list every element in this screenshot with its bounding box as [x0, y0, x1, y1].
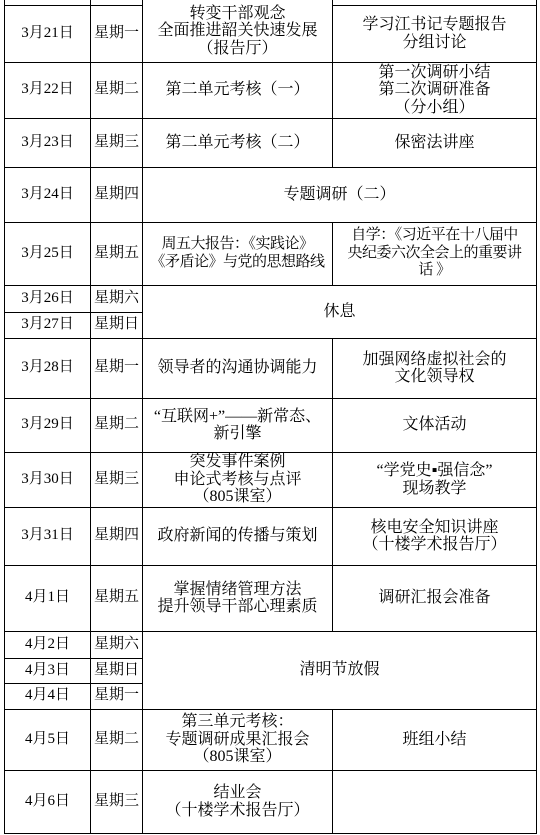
date-cell: 3月27日: [5, 312, 91, 338]
date-cell: 3月25日: [5, 222, 91, 285]
merged-activity-cell: 专题调研（二）: [143, 167, 537, 222]
date-cell: 4月4日: [5, 683, 91, 709]
morning-activity-cell: 转变干部观念 全面推进韶关快速发展 （报告厅）: [143, 0, 333, 62]
date-cell: 3月24日: [5, 167, 91, 222]
date-cell: 4月3日: [5, 658, 91, 683]
date-cell: 3月29日: [5, 398, 91, 452]
weekday-cell: 星期六: [91, 285, 143, 312]
weekday-cell: 星期二: [91, 62, 143, 118]
weekday-cell: 星期二: [91, 398, 143, 452]
morning-activity-cell: 第二单元考核（一）: [143, 62, 333, 118]
merged-activity-cell: 休息: [143, 285, 537, 338]
schedule-table: 转变干部观念 全面推进韶关快速发展 （报告厅） 3月21日 星期一 学习江书记专…: [4, 0, 537, 834]
weekday-cell: 星期四: [91, 507, 143, 565]
afternoon-activity-cell: 班组小结: [333, 709, 537, 770]
weekday-cell: 星期一: [91, 683, 143, 709]
weekday-cell: 星期三: [91, 118, 143, 167]
morning-activity-cell: 第二单元考核（二）: [143, 118, 333, 167]
table-row: 4月5日 星期二 第三单元考核： 专题调研成果汇报会 （805课室） 班组小结: [5, 709, 537, 770]
date-cell: 4月2日: [5, 631, 91, 658]
weekday-cell: 星期六: [91, 631, 143, 658]
table-row: 4月6日 星期三 结业会 （十楼学术报告厅）: [5, 770, 537, 833]
table-row: 3月28日 星期一 领导者的沟通协调能力 加强网络虚拟社会的 文化领导权: [5, 338, 537, 398]
table-row: 3月22日 星期二 第二单元考核（一） 第一次调研小结 第二次调研准备 （分小组…: [5, 62, 537, 118]
afternoon-activity-cell: 第一次调研小结 第二次调研准备 （分小组）: [333, 62, 537, 118]
table-row: 3月25日 星期五 周五大报告：《实践论》 《矛盾论》与党的思想路线 自学：《习…: [5, 222, 537, 285]
afternoon-activity-cell: 保密法讲座: [333, 118, 537, 167]
weekday-cell: 星期日: [91, 312, 143, 338]
afternoon-activity-cell: 加强网络虚拟社会的 文化领导权: [333, 338, 537, 398]
date-cell: 3月28日: [5, 338, 91, 398]
table-row: 3月30日 星期三 突发事件案例 申论式考核与点评 （805课室） “学党史▪强…: [5, 452, 537, 507]
date-cell: 3月30日: [5, 452, 91, 507]
date-cell: 3月22日: [5, 62, 91, 118]
weekday-cell: 星期四: [91, 167, 143, 222]
table-row: 3月23日 星期三 第二单元考核（二） 保密法讲座: [5, 118, 537, 167]
morning-activity-cell: 周五大报告：《实践论》 《矛盾论》与党的思想路线: [143, 222, 333, 285]
morning-activity-cell: 第三单元考核： 专题调研成果汇报会 （805课室）: [143, 709, 333, 770]
date-cell: 4月6日: [5, 770, 91, 833]
table-row: 4月2日 星期六 清明节放假: [5, 631, 537, 658]
weekday-cell: 星期五: [91, 222, 143, 285]
table-row: 3月26日 星期六 休息: [5, 285, 537, 312]
table-row: 3月24日 星期四 专题调研（二）: [5, 167, 537, 222]
date-cell: 4月5日: [5, 709, 91, 770]
merged-activity-cell: 清明节放假: [143, 631, 537, 709]
weekday-cell: 星期一: [91, 338, 143, 398]
weekday-cell: 星期三: [91, 452, 143, 507]
table-row: 3月29日 星期二 “互联网+”——新常态、 新引擎 文体活动: [5, 398, 537, 452]
morning-activity-cell: 掌握情绪管理方法 提升领导干部心理素质: [143, 565, 333, 631]
table-row: 3月31日 星期四 政府新闻的传播与策划 核电安全知识讲座 （十楼学术报告厅）: [5, 507, 537, 565]
date-cell: 3月31日: [5, 507, 91, 565]
afternoon-activity-cell: 调研汇报会准备: [333, 565, 537, 631]
afternoon-activity-cell: 自学：《习近平在十八届中 央纪委六次全会上的重要讲 话 》: [333, 222, 537, 285]
weekday-cell: 星期日: [91, 658, 143, 683]
afternoon-activity-cell: 学习江书记专题报告 分组讨论: [333, 5, 537, 62]
date-cell: 4月1日: [5, 565, 91, 631]
table-row: 4月1日 星期五 掌握情绪管理方法 提升领导干部心理素质 调研汇报会准备: [5, 565, 537, 631]
weekday-cell: 星期一: [91, 5, 143, 62]
date-cell: 3月21日: [5, 5, 91, 62]
weekday-cell: 星期二: [91, 709, 143, 770]
morning-activity-cell: 突发事件案例 申论式考核与点评 （805课室）: [143, 452, 333, 507]
morning-activity-cell: “互联网+”——新常态、 新引擎: [143, 398, 333, 452]
morning-activity-cell: 政府新闻的传播与策划: [143, 507, 333, 565]
morning-activity-cell: 领导者的沟通协调能力: [143, 338, 333, 398]
weekday-cell: 星期三: [91, 770, 143, 833]
morning-activity-cell: 结业会 （十楼学术报告厅）: [143, 770, 333, 833]
date-cell: 3月23日: [5, 118, 91, 167]
afternoon-activity-cell: 核电安全知识讲座 （十楼学术报告厅）: [333, 507, 537, 565]
afternoon-activity-cell: “学党史▪强信念” 现场教学: [333, 452, 537, 507]
weekday-cell: 星期五: [91, 565, 143, 631]
afternoon-activity-cell: [333, 770, 537, 833]
afternoon-activity-cell: 文体活动: [333, 398, 537, 452]
date-cell: 3月26日: [5, 285, 91, 312]
